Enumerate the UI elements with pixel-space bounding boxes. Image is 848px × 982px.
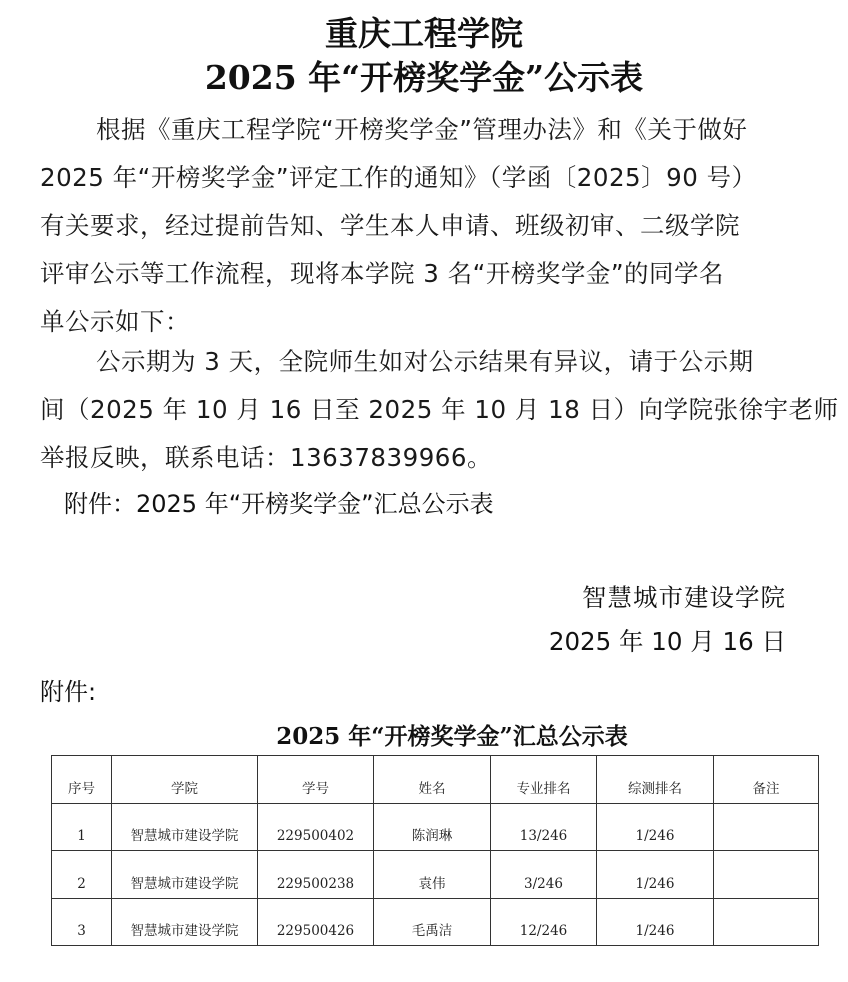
cell-student-id: 229500426: [258, 898, 374, 946]
cell-college: 智慧城市建设学院: [112, 803, 258, 851]
attachment-reference: 附件：2025 年“开榜奖学金”汇总公示表: [64, 480, 494, 528]
cell-major-rank: 13/246: [491, 803, 597, 851]
cell-name: 毛禹洁: [374, 898, 491, 946]
cell-name: 袁伟: [374, 851, 491, 899]
body-line: 根据《重庆工程学院“开榜奖学金”管理办法》和《关于做好: [40, 106, 800, 154]
header-remarks: 备注: [714, 756, 819, 804]
table-title: 2025 年“开榜奖学金”汇总公示表: [0, 718, 848, 756]
cell-remarks: [714, 803, 819, 851]
signature-organization: 智慧城市建设学院: [582, 578, 786, 618]
header-college: 学院: [112, 756, 258, 804]
attachment-label: 附件:: [40, 672, 96, 712]
table-row: 2 智慧城市建设学院 229500238 袁伟 3/246 1/246: [52, 851, 819, 899]
body-line: 2025 年“开榜奖学金”评定工作的通知》（学函〔2025〕90 号）: [40, 154, 800, 202]
cell-index: 3: [52, 898, 112, 946]
header-student-id: 学号: [258, 756, 374, 804]
cell-college: 智慧城市建设学院: [112, 851, 258, 899]
cell-overall-rank: 1/246: [597, 898, 714, 946]
body-line: 有关要求，经过提前告知、学生本人申请、班级初审、二级学院: [40, 202, 800, 250]
cell-overall-rank: 1/246: [597, 851, 714, 899]
body-line: 间（2025 年 10 月 16 日至 2025 年 10 月 18 日）向学院…: [40, 386, 800, 434]
header-name: 姓名: [374, 756, 491, 804]
cell-remarks: [714, 898, 819, 946]
header-major-rank: 专业排名: [491, 756, 597, 804]
body-line: 公示期为 3 天，全院师生如对公示结果有异议，请于公示期: [40, 338, 800, 386]
body-line: 评审公示等工作流程，现将本学院 3 名“开榜奖学金”的同学名: [40, 250, 800, 298]
table-row: 1 智慧城市建设学院 229500402 陈润琳 13/246 1/246: [52, 803, 819, 851]
signature-date: 2025 年 10 月 16 日: [549, 622, 786, 662]
cell-remarks: [714, 851, 819, 899]
cell-index: 1: [52, 803, 112, 851]
cell-college: 智慧城市建设学院: [112, 898, 258, 946]
header-index: 序号: [52, 756, 112, 804]
document-title-institution: 重庆工程学院: [0, 14, 848, 54]
body-line: 举报反映，联系电话：13637839966。: [40, 434, 800, 482]
table-header-row: 序号 学院 学号 姓名 专业排名 综测排名 备注: [52, 756, 819, 804]
header-overall-rank: 综测排名: [597, 756, 714, 804]
table-row: 3 智慧城市建设学院 229500426 毛禹洁 12/246 1/246: [52, 898, 819, 946]
cell-major-rank: 12/246: [491, 898, 597, 946]
body-paragraph-2: 公示期为 3 天，全院师生如对公示结果有异议，请于公示期 间（2025 年 10…: [40, 338, 800, 482]
cell-overall-rank: 1/246: [597, 803, 714, 851]
cell-major-rank: 3/246: [491, 851, 597, 899]
document-title-notice: 2025 年“开榜奖学金”公示表: [0, 58, 848, 98]
body-paragraph-1: 根据《重庆工程学院“开榜奖学金”管理办法》和《关于做好 2025 年“开榜奖学金…: [40, 106, 800, 346]
cell-index: 2: [52, 851, 112, 899]
cell-student-id: 229500238: [258, 851, 374, 899]
scholarship-summary-table: 序号 学院 学号 姓名 专业排名 综测排名 备注 1 智慧城市建设学院 2295…: [51, 755, 819, 946]
cell-student-id: 229500402: [258, 803, 374, 851]
cell-name: 陈润琳: [374, 803, 491, 851]
